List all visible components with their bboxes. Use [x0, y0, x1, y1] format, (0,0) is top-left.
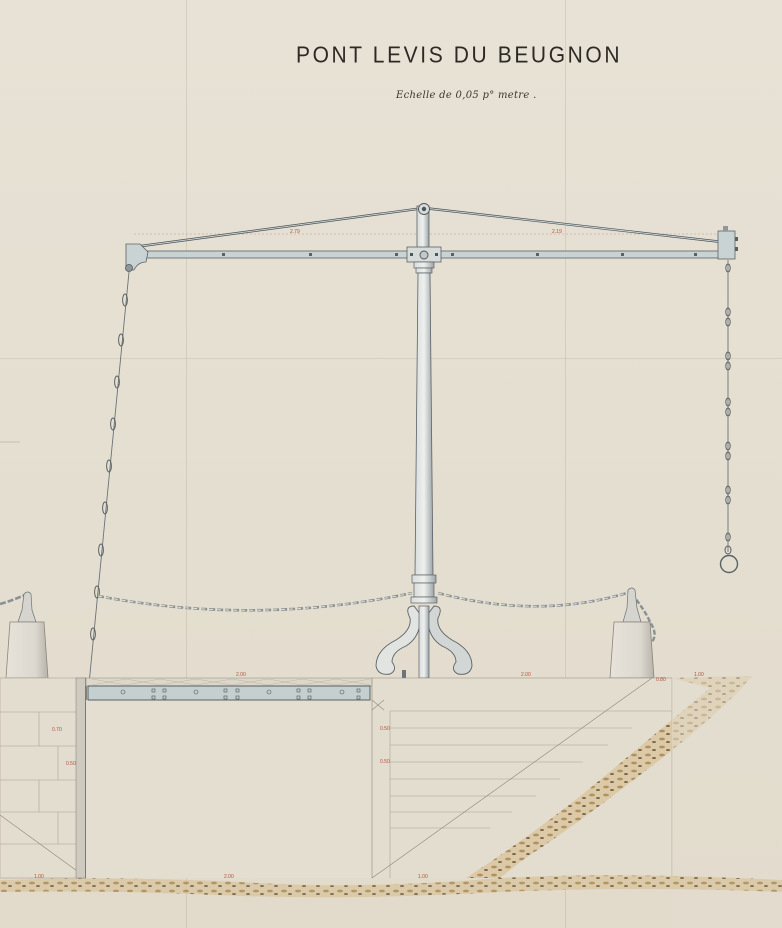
pit-opening	[86, 700, 372, 878]
course-dimension: 0.50	[380, 759, 390, 765]
base-dimension: 2.00	[224, 874, 234, 880]
cast-iron-post	[376, 204, 472, 679]
course-dimension: 0.70	[52, 727, 62, 733]
course-dimension: 0.50	[66, 761, 76, 767]
left-arm-dimension: 2.79	[290, 229, 300, 235]
base-dimension: 1.00	[34, 874, 44, 880]
right-bollard	[610, 588, 654, 678]
base-dimension: 1.00	[418, 874, 428, 880]
left-abutment	[0, 678, 86, 878]
deck-span-dimension: 2.00	[236, 672, 246, 678]
bridge-elevation-drawing: 2.79 2.19	[0, 0, 782, 928]
far-dimension: 1.00	[694, 672, 704, 678]
right-pull-chain	[721, 260, 738, 573]
abutment-top-dimension: 2.00	[521, 672, 531, 678]
railing-chain	[0, 592, 655, 642]
left-bollard	[6, 592, 48, 678]
course-dimension: 0.50	[380, 726, 390, 732]
pull-ring-icon	[721, 556, 738, 573]
drawing-sheet: PONT LEVIS DU BEUGNON Echelle de 0,05 p°…	[0, 0, 782, 928]
right-arm-dimension: 2.19	[552, 229, 562, 235]
left-lifting-chain	[89, 272, 129, 684]
bridge-deck: 2.00	[86, 672, 372, 700]
edge-dimension: 0.80	[656, 677, 666, 683]
